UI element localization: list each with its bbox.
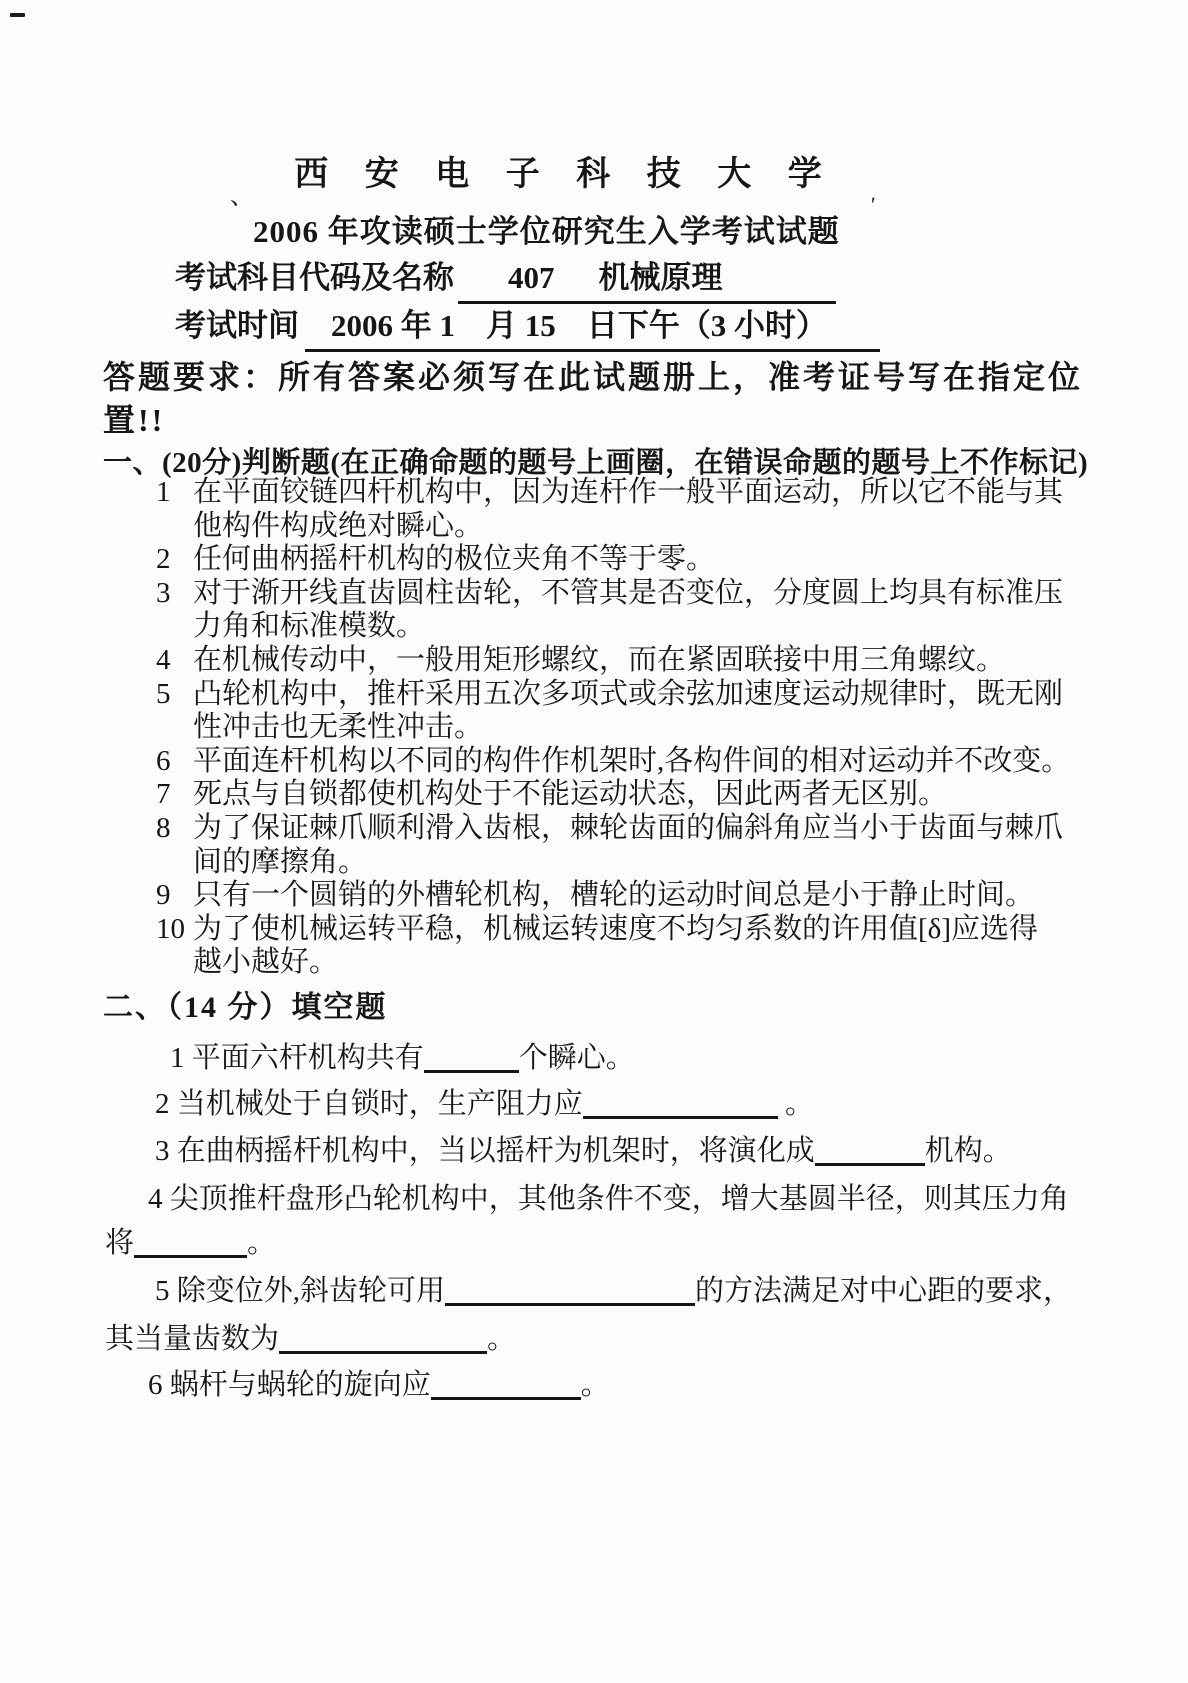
fill-text: 5 除变位外,斜齿轮可用 xyxy=(155,1275,445,1307)
judge-question-item: 6平面连杆机构以不同的构件作机架时,各构件间的相对运动并不改变。 xyxy=(0,745,1188,779)
judge-question-item: 4在机械传动中，一般用矩形螺纹，而在紧固联接中用三角螺纹。 xyxy=(0,644,1188,678)
question-text-line: 间的摩擦角。 xyxy=(193,846,1188,880)
subject-label: 考试科目代码及名称 xyxy=(175,260,454,295)
subject-code: 407 xyxy=(508,260,555,295)
fill-text: 。 xyxy=(247,1227,276,1259)
fill-blank-line: 4 尖顶推杆盘形凸轮机构中，其他条件不变，增大基圆半径，则其压力角 xyxy=(148,1176,1069,1217)
judge-question-item: 7死点与自锁都使机构处于不能运动状态，因此两者无区别。 xyxy=(0,778,1188,812)
question-number: 8 xyxy=(156,812,171,846)
true-false-items: 1在平面铰链四杆机构中，因为连杆作一般平面运动，所以它不能与其他构件构成绝对瞬心… xyxy=(0,476,1188,980)
fill-text: 。 xyxy=(581,1369,610,1401)
judge-question-item: 5凸轮机构中，推杆采用五次多项式或余弦加速度运动规律时，既无刚性冲击也无柔性冲击… xyxy=(0,678,1188,745)
fill-text: 1 平面六杆机构共有 xyxy=(170,1042,424,1074)
fill-text: 其当量齿数为 xyxy=(105,1323,279,1355)
section-two-heading: 二、（14 分）填空题 xyxy=(103,982,388,1026)
blank-underline xyxy=(279,1345,487,1354)
question-text-line: 为了保证棘爪顺利滑入齿根，棘轮齿面的偏斜角应当小于齿面与棘爪 xyxy=(193,812,1188,846)
blank-underline xyxy=(431,1391,581,1400)
fill-blank-line: 1 平面六杆机构共有个瞬心。 xyxy=(170,1035,635,1076)
question-number: 3 xyxy=(156,577,171,611)
blank-underline xyxy=(815,1157,925,1166)
question-text-line: 凸轮机构中，推杆采用五次多项式或余弦加速度运动规律时，既无刚 xyxy=(193,678,1188,712)
fill-text: 。 xyxy=(778,1088,814,1120)
fill-text: 机构。 xyxy=(925,1135,1012,1167)
time-underline: 2006 年 1 月 15 日下午（3 小时） xyxy=(305,300,880,352)
question-text-line: 为了使机械运转平稳，机械运转速度不均匀系数的许用值[δ]应选得 xyxy=(193,913,1188,947)
fill-text: 的方法满足对中心距的要求， xyxy=(695,1275,1072,1307)
judge-question-item: 10为了使机械运转平稳，机械运转速度不均匀系数的许用值[δ]应选得越小越好。 xyxy=(0,913,1188,980)
fill-text: 4 尖顶推杆盘形凸轮机构中，其他条件不变，增大基圆半径，则其压力角 xyxy=(148,1183,1069,1215)
blank-underline xyxy=(583,1110,778,1119)
fill-text: 6 蜗杆与蜗轮的旋向应 xyxy=(148,1369,431,1401)
exam-time-line: 考试时间2006 年 1 月 15 日下午（3 小时） xyxy=(175,300,880,352)
fill-blank-line: 6 蜗杆与蜗轮的旋向应。 xyxy=(148,1362,610,1403)
question-number: 4 xyxy=(156,644,171,678)
subject-name: 机械原理 xyxy=(599,260,723,295)
blank-underline xyxy=(424,1064,519,1073)
fill-blank-line: 3 在曲柄摇杆机构中，当以摇杆为机架时，将演化成机构。 xyxy=(155,1128,1012,1169)
fill-blank-line: 2 当机械处于自锁时，生产阻力应 。 xyxy=(155,1081,814,1122)
question-text-line: 在平面铰链四杆机构中，因为连杆作一般平面运动，所以它不能与其 xyxy=(193,476,1188,510)
question-text-line: 对于渐开线直齿圆柱齿轮，不管其是否变位，分度圆上均具有标准压 xyxy=(193,577,1188,611)
judge-question-item: 9只有一个圆销的外槽轮机构，槽轮的运动时间总是小于静止时间。 xyxy=(0,879,1188,913)
judge-question-item: 2任何曲柄摇杆机构的极位夹角不等于零。 xyxy=(0,543,1188,577)
fill-text: 2 当机械处于自锁时，生产阻力应 xyxy=(155,1088,583,1120)
question-text-line: 只有一个圆销的外槽轮机构，槽轮的运动时间总是小于静止时间。 xyxy=(193,879,1188,913)
answer-requirement-line1: 答题要求：所有答案必须写在此试题册上，准考证号写在指定位 xyxy=(103,352,1083,398)
question-number: 1 xyxy=(156,476,171,510)
stray-pen-mark: 、 xyxy=(230,176,254,211)
question-number: 6 xyxy=(156,745,171,779)
question-text-line: 死点与自锁都使机构处于不能运动状态，因此两者无区别。 xyxy=(193,778,1188,812)
university-title: 西 安 电 子 科 技 大 学 xyxy=(0,146,1130,195)
question-text-line: 平面连杆机构以不同的构件作机架时,各构件间的相对运动并不改变。 xyxy=(193,745,1188,779)
scanned-exam-page: 西 安 电 子 科 技 大 学 、 2006 年攻读硕士学位研究生入学考试试题 … xyxy=(0,0,1188,1683)
question-text-line: 任何曲柄摇杆机构的极位夹角不等于零。 xyxy=(193,543,1188,577)
fill-text: 。 xyxy=(487,1323,516,1355)
stray-scan-mark: ' xyxy=(867,192,876,218)
question-number: 10 xyxy=(156,913,185,947)
subject-line: 考试科目代码及名称407机械原理 xyxy=(175,252,836,304)
scan-corner-mark xyxy=(10,13,25,17)
answer-requirement-line2: 置!! xyxy=(103,395,165,441)
subject-underline: 407机械原理 xyxy=(458,252,836,304)
judge-question-item: 8为了保证棘爪顺利滑入齿根，棘轮齿面的偏斜角应当小于齿面与棘爪间的摩擦角。 xyxy=(0,812,1188,879)
section-one-heading: 一、(20分)判断题(在正确命题的题号上画圈，在错误命题的题号上不作标记) xyxy=(103,440,1088,481)
fill-blank-line: 其当量齿数为。 xyxy=(105,1316,516,1357)
question-text-line: 越小越好。 xyxy=(193,946,1188,980)
question-text-line: 性冲击也无柔性冲击。 xyxy=(193,711,1188,745)
question-text-line: 力角和标准模数。 xyxy=(193,610,1188,644)
question-text-line: 他构件构成绝对瞬心。 xyxy=(193,510,1188,544)
question-number: 7 xyxy=(156,778,171,812)
fill-blank-line: 5 除变位外,斜齿轮可用的方法满足对中心距的要求， xyxy=(155,1268,1072,1309)
question-number: 9 xyxy=(156,879,171,913)
time-label: 考试时间 xyxy=(175,308,299,343)
fill-blank-line: 将。 xyxy=(105,1220,276,1261)
fill-text: 将 xyxy=(105,1227,134,1259)
fill-text: 3 在曲柄摇杆机构中，当以摇杆为机架时，将演化成 xyxy=(155,1135,815,1167)
judge-question-item: 1在平面铰链四杆机构中，因为连杆作一般平面运动，所以它不能与其他构件构成绝对瞬心… xyxy=(0,476,1188,543)
judge-question-item: 3对于渐开线直齿圆柱齿轮，不管其是否变位，分度圆上均具有标准压力角和标准模数。 xyxy=(0,577,1188,644)
blank-underline xyxy=(445,1297,695,1306)
blank-underline xyxy=(134,1249,247,1258)
question-number: 2 xyxy=(156,543,171,577)
question-text-line: 在机械传动中，一般用矩形螺纹，而在紧固联接中用三角螺纹。 xyxy=(193,644,1188,678)
fill-text: 个瞬心。 xyxy=(519,1042,635,1074)
question-number: 5 xyxy=(156,678,171,712)
exam-title: 2006 年攻读硕士学位研究生入学考试试题 xyxy=(253,206,840,251)
time-value: 2006 年 1 月 15 日下午（3 小时） xyxy=(331,308,827,343)
